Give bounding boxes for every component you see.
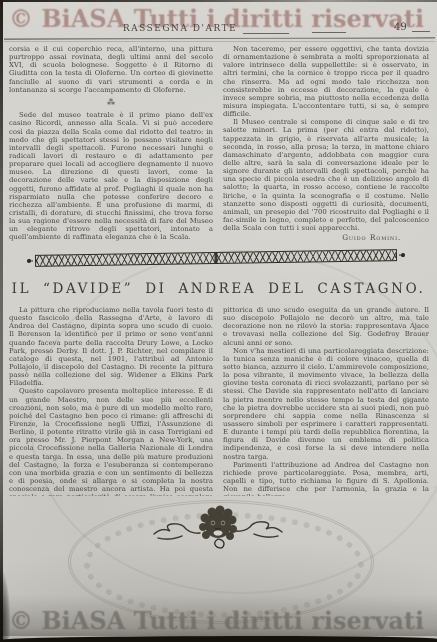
author-signature: Guido Romini. <box>223 234 429 241</box>
davide-article-right-column: pittorica di uno scudo eseguita da un gr… <box>223 306 429 496</box>
paragraph: pittorica di uno scudo eseguita da un gr… <box>223 306 429 347</box>
paragraph: Il Museo centrale si compone di cinque s… <box>223 118 429 232</box>
museum-article-right-column: Non taceremo, per essere oggettivi, che … <box>223 45 429 241</box>
header-rule-shadow <box>4 41 435 42</box>
mascaron-tailpiece-ornament <box>148 503 288 559</box>
page-number: 49 <box>394 22 407 33</box>
paragraph: Non v'ha mestieri di una particolareggia… <box>223 347 429 461</box>
paragraph: Questo capolavoro presenta molteplice in… <box>9 387 213 496</box>
header-rule-segment <box>412 31 430 32</box>
journal-title: RASSEGNA D'ARTE <box>0 24 360 34</box>
scan-edge-top <box>0 0 437 2</box>
paragraph: La pittura che riproduciamo nella tavola… <box>9 306 213 387</box>
museum-article-left-column: corsia e il cui coperchio reca, all'inte… <box>9 45 213 241</box>
header-rule <box>4 37 435 39</box>
scan-edge-left <box>0 0 3 642</box>
scanned-journal-page: © BiASA Tutti i diritti riservati © BiAS… <box>0 0 437 642</box>
paragraph: corsia e il cui coperchio reca, all'inte… <box>9 45 213 94</box>
article-title: IL “DAVIDE” DI ANDREA DEL CASTAGNO. <box>0 281 437 297</box>
scan-edge-bottom <box>0 636 437 642</box>
paragraph: Parimenti l'attribuzione ad Andrea del C… <box>223 461 429 496</box>
davide-article-left-column: La pittura che riproduciamo nella tavola… <box>9 306 213 496</box>
asterism-separator: ⁂ <box>9 98 213 107</box>
paragraph: Sede del museo teatrale è il primo piano… <box>9 111 213 241</box>
paragraph: Non taceremo, per essere oggettivi, che … <box>223 45 429 118</box>
header-rule-segment <box>243 33 289 34</box>
header-rule-segment <box>312 32 346 33</box>
page-bottom-shadow <box>0 594 437 636</box>
